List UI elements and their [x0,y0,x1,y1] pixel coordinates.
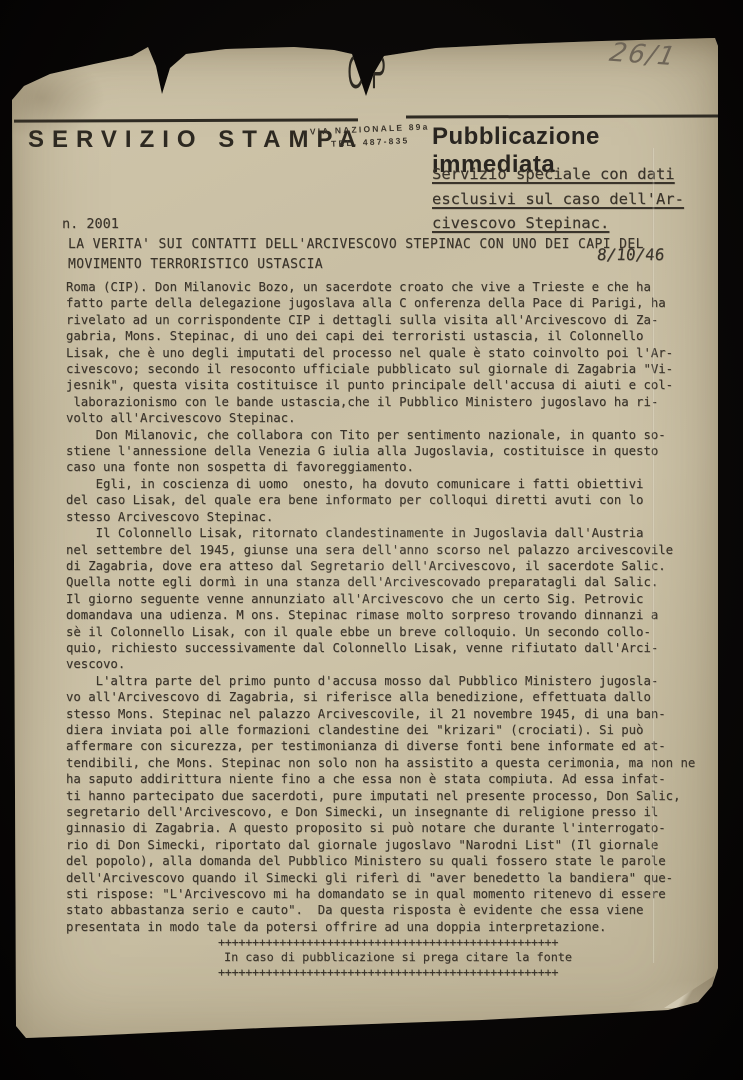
footer-note: In caso di pubblicazione si prega citare… [218,950,572,965]
paragraph: Il Colonnello Lisak, ritornato clandesti… [66,525,716,673]
photo-background: 26/1 CIP SERVIZIO STAMPA VIA NAZIONALE 8… [0,0,743,1080]
article-date: 8/10/46 [596,245,665,264]
document-page: 26/1 CIP SERVIZIO STAMPA VIA NAZIONALE 8… [12,38,718,1044]
header-rule-right [406,114,718,118]
cip-logo: CIP [347,46,386,100]
special-note: Servizio speciale con dati esclusivi sul… [432,162,684,236]
paper-fold-corner [664,976,714,1008]
header-rule-left [14,118,358,122]
paragraph: Roma (CIP). Don Milanovic Bozo, un sacer… [66,279,716,427]
agency-address: VIA NAZIONALE 89a TEL. 487-835 [295,120,446,153]
footer-divider-bottom: ++++++++++++++++++++++++++++++++++++++++… [218,965,572,980]
paragraph: Don Milanovic, che collabora con Tito pe… [66,427,716,476]
article-body: Roma (CIP). Don Milanovic Bozo, un sacer… [66,279,716,935]
footer-divider-top: ++++++++++++++++++++++++++++++++++++++++… [218,935,572,950]
paragraph: L'altra parte del primo punto d'accusa m… [66,673,716,936]
document-number: n. 2001 [62,216,119,232]
handwritten-folio-number: 26/1 [607,38,680,72]
article-title: LA VERITA' SUI CONTATTI DELL'ARCIVESCOVO… [68,235,644,274]
paragraph: Egli, in coscienza di uomo onesto, ha do… [66,476,716,525]
footer-citation: ++++++++++++++++++++++++++++++++++++++++… [218,935,572,980]
